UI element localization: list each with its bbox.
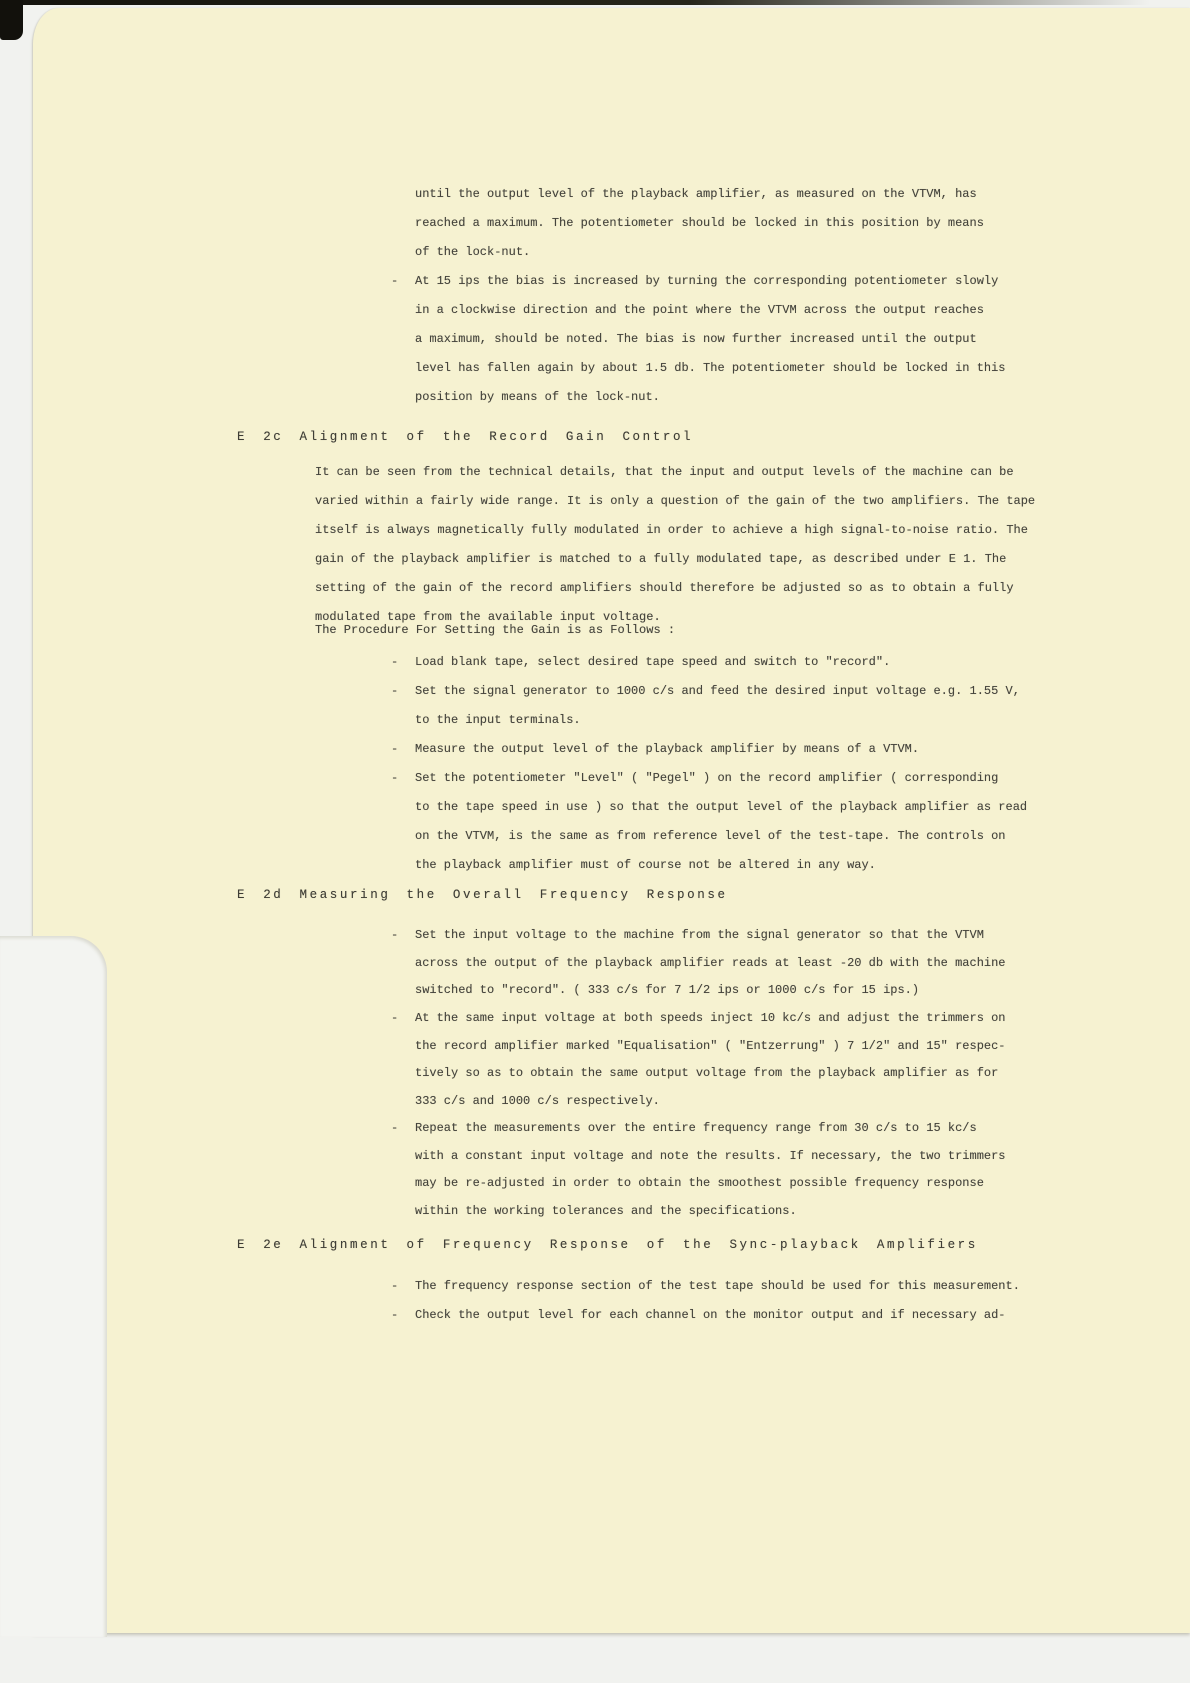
text-line: Measure the output level of the playback… (415, 735, 919, 764)
bullet-dash: - (391, 735, 415, 764)
e2c-bullet-2: - Set the signal generator to 1000 c/s a… (391, 677, 1020, 735)
text-line: Set the potentiometer "Level" ( "Pegel" … (415, 764, 1027, 793)
text-line: Repeat the measurements over the entire … (415, 1115, 1006, 1143)
text-line: on the VTVM, is the same as from referen… (415, 822, 1027, 851)
text-line: The Procedure For Setting the Gain is as… (315, 616, 675, 645)
text-line: gain of the playback amplifier is matche… (315, 545, 1035, 574)
text-line: Check the output level for each channel … (415, 1301, 1006, 1330)
bullet-text: Set the signal generator to 1000 c/s and… (415, 677, 1020, 735)
scanner-corner-shadow (0, 0, 23, 40)
text-line: in a clockwise direction and the point w… (415, 296, 1006, 325)
bullet-dash: - (391, 764, 415, 793)
bullet-dash: - (391, 1272, 415, 1301)
text-line: tively so as to obtain the same output v… (415, 1060, 1006, 1088)
e2e-bullet-2: - Check the output level for each channe… (391, 1301, 1006, 1330)
bullet-dash: - (391, 1115, 415, 1143)
intro-paragraph: until the output level of the playback a… (415, 180, 984, 267)
e2d-bullet-1: - Set the input voltage to the machine f… (391, 922, 1006, 1005)
bullet-dash: - (391, 267, 415, 296)
text-line: a maximum, should be noted. The bias is … (415, 325, 1006, 354)
text-line: 333 c/s and 1000 c/s respectively. (415, 1088, 1006, 1116)
e2c-bullet-3: - Measure the output level of the playba… (391, 735, 919, 764)
text-line: the record amplifier marked "Equalisatio… (415, 1033, 1006, 1061)
text-line: At 15 ips the bias is increased by turni… (415, 267, 1006, 296)
text-line: setting of the gain of the record amplif… (315, 574, 1035, 603)
bullet-dash: - (391, 1005, 415, 1033)
text-line: At the same input voltage at both speeds… (415, 1005, 1006, 1033)
text-line: varied within a fairly wide range. It is… (315, 487, 1035, 516)
bullet-dash: - (391, 922, 415, 950)
text-line: across the output of the playback amplif… (415, 950, 1006, 978)
text-line: reached a maximum. The potentiometer sho… (415, 209, 984, 238)
text-line: level has fallen again by about 1.5 db. … (415, 354, 1006, 383)
text-line: may be re-adjusted in order to obtain th… (415, 1170, 1006, 1198)
bullet-dash: - (391, 648, 415, 677)
intro-bullet-item: - At 15 ips the bias is increased by tur… (391, 267, 1006, 412)
e2e-bullet-1: - The frequency response section of the … (391, 1272, 1020, 1301)
scanner-edge-strip (0, 0, 1150, 5)
bullet-text: At 15 ips the bias is increased by turni… (415, 267, 1006, 412)
text-line: It can be seen from the technical detail… (315, 458, 1035, 487)
text-line: Set the signal generator to 1000 c/s and… (415, 677, 1020, 706)
scanned-manual-page: { "colors": { "background": "#f1f2ef", "… (0, 0, 1190, 1683)
section-heading-e2d: E 2d Measuring the Overall Frequency Res… (237, 888, 728, 902)
bullet-dash: - (391, 1301, 415, 1330)
e2d-bullet-2: - At the same input voltage at both spee… (391, 1005, 1006, 1115)
text-line: position by means of the lock-nut. (415, 383, 1006, 412)
text-line: to the input terminals. (415, 706, 1020, 735)
text-line: with a constant input voltage and note t… (415, 1143, 1006, 1171)
bullet-text: Check the output level for each channel … (415, 1301, 1006, 1330)
bullet-dash: - (391, 677, 415, 706)
e2c-paragraph: It can be seen from the technical detail… (315, 458, 1035, 632)
text-line: Set the input voltage to the machine fro… (415, 922, 1006, 950)
bullet-text: Repeat the measurements over the entire … (415, 1115, 1006, 1225)
bullet-text: Load blank tape, select desired tape spe… (415, 648, 890, 677)
text-line: Load blank tape, select desired tape spe… (415, 648, 890, 677)
text-line: the playback amplifier must of course no… (415, 851, 1027, 880)
e2d-bullet-3: - Repeat the measurements over the entir… (391, 1115, 1006, 1225)
text-line: switched to "record". ( 333 c/s for 7 1/… (415, 977, 1006, 1005)
section-heading-e2e: E 2e Alignment of Frequency Response of … (237, 1238, 978, 1252)
bullet-text: Set the potentiometer "Level" ( "Pegel" … (415, 764, 1027, 880)
e2c-procedure-line: The Procedure For Setting the Gain is as… (315, 616, 675, 645)
bullet-text: The frequency response section of the te… (415, 1272, 1020, 1301)
text-line: within the working tolerances and the sp… (415, 1198, 1006, 1226)
text-line: to the tape speed in use ) so that the o… (415, 793, 1027, 822)
text-line: The frequency response section of the te… (415, 1272, 1020, 1301)
bullet-text: Measure the output level of the playback… (415, 735, 919, 764)
text-line: until the output level of the playback a… (415, 180, 984, 209)
text-line: of the lock-nut. (415, 238, 984, 267)
bullet-text: At the same input voltage at both speeds… (415, 1005, 1006, 1115)
e2c-bullet-1: - Load blank tape, select desired tape s… (391, 648, 890, 677)
section-heading-e2c: E 2c Alignment of the Record Gain Contro… (237, 430, 693, 444)
paper-corner-notch (0, 936, 107, 1637)
bullet-text: Set the input voltage to the machine fro… (415, 922, 1006, 1005)
e2c-bullet-4: - Set the potentiometer "Level" ( "Pegel… (391, 764, 1027, 880)
text-line: itself is always magnetically fully modu… (315, 516, 1035, 545)
